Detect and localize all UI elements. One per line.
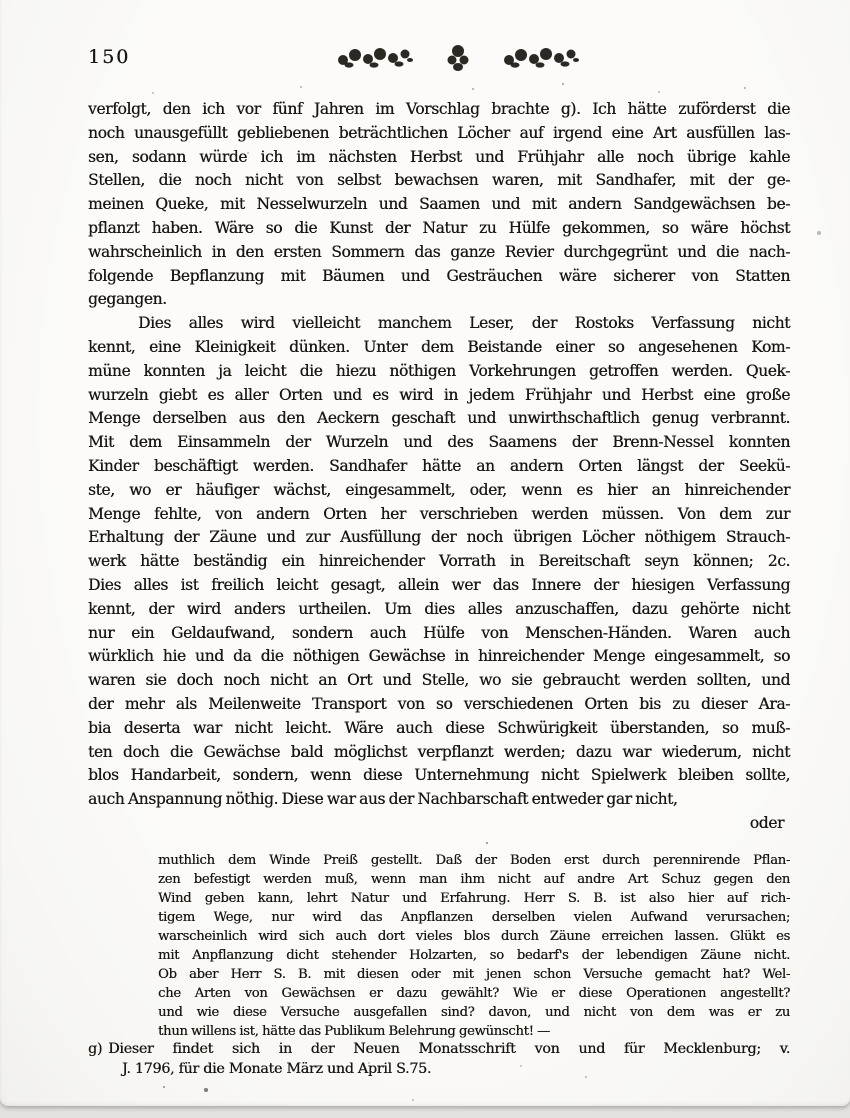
catchword: oder — [88, 812, 790, 836]
footnote-g-line1: g)Dieser findet sich in der Neuen Monats… — [88, 1040, 790, 1060]
text-line: Mit dem Einsammeln der Wurzeln und des S… — [88, 431, 790, 455]
book-page-scan: 150 — [0, 0, 850, 1106]
text-line: waren sie doch noch nicht an Ort und Ste… — [88, 669, 790, 693]
scan-noise — [0, 0, 2, 2]
text-line: kennt, eine Kleinigkeit dünken. Unter de… — [88, 336, 790, 360]
footnote-line: muthlich dem Winde Preiß gestellt. Daß d… — [158, 851, 790, 870]
footnote-line: Ob aber Herr S. B. mit diesen oder mit j… — [158, 965, 790, 984]
footnote-g-line2: J. 1796, für die Monate März und April S… — [88, 1060, 790, 1080]
text-line: sen, sodann würde ich im nächsten Herbst… — [88, 146, 790, 170]
header-ornaments — [335, 42, 581, 74]
text-line: pflanzt haben. Wäre so die Kunst der Nat… — [88, 217, 790, 241]
footnote-line: Wind geben kann, lehrt Natur und Erfahru… — [158, 889, 790, 908]
footnote-line: und wie diese Versuche ausgefallen sind?… — [158, 1003, 790, 1022]
footnote-entry-g: g)Dieser findet sich in der Neuen Monats… — [88, 1040, 790, 1079]
text-line: meinen Queke, mit Nesselwurzeln und Saam… — [88, 193, 790, 217]
text-line: verfolgt, den ich vor fünf Jahren im Vor… — [88, 98, 790, 122]
text-line: wurzeln giebt es aller Orten und es wird… — [88, 384, 790, 408]
text-line: Stellen, die noch nicht von selbst bewac… — [88, 169, 790, 193]
text-line: Menge fehlte, von andern Orten her versc… — [88, 503, 790, 527]
fleuron-left-icon — [335, 43, 415, 73]
fleuron-center-icon — [445, 42, 471, 74]
main-text-block: verfolgt, den ich vor fünf Jahren im Vor… — [88, 98, 790, 836]
paragraph-continuation: verfolgt, den ich vor fünf Jahren im Vor… — [88, 98, 790, 312]
text-line: Dies alles ist freilich leicht gesagt, a… — [88, 574, 790, 598]
text-line: noch unausgefüllt gebliebenen beträchtli… — [88, 122, 790, 146]
text-line: blos Handarbeit, sondern, wenn diese Unt… — [88, 764, 790, 788]
text-line: werk hätte beständig ein hinreichender V… — [88, 550, 790, 574]
text-line: Kinder beschäftigt werden. Sandhafer hät… — [88, 455, 790, 479]
text-line: gegangen. — [88, 288, 790, 312]
text-line: müne konnten ja leicht die hiezu nöthige… — [88, 360, 790, 384]
text-line: ten doch die Gewächse bald möglichst ver… — [88, 741, 790, 765]
text-line: kennt, der wird anders urtheilen. Um die… — [88, 598, 790, 622]
text-line: wahrscheinlich in den ersten Sommern das… — [88, 241, 790, 265]
text-line: bia deserta war nicht leicht. Wäre auch … — [88, 717, 790, 741]
footnote-line: che Arten von Gewächsen er dazu gewählt?… — [158, 984, 790, 1003]
text-line: ste, wo er häufiger wächst, eingesammelt… — [88, 479, 790, 503]
text-line: würklich hie und da die nöthigen Gewächs… — [88, 645, 790, 669]
page-number: 150 — [88, 46, 130, 68]
text-line: folgende Bepflanzung mit Bäumen und Gest… — [88, 265, 790, 289]
footnote-line: zen befestigt werden muß, wenn man ihm n… — [158, 870, 790, 889]
text-line: der mehr als Meilenweite Transport von s… — [88, 693, 790, 717]
footnote-line: mit Anpflanzung dicht stehender Holzarte… — [158, 946, 790, 965]
footnote-line: thun willens ist, hätte das Publikum Bel… — [158, 1022, 790, 1041]
text-line: Erhaltung der Zäune und zur Ausfüllung d… — [88, 526, 790, 550]
text-line: Menge derselben aus den Aeckern geschaft… — [88, 407, 790, 431]
page-header: 150 — [88, 40, 790, 82]
footnote-line: warscheinlich wird sich auch dort vieles… — [158, 927, 790, 946]
footnote-line: tigem Wege, nur wird das Anpflanzen ders… — [158, 908, 790, 927]
paragraph-dies-alles: Dies alles wird vielleicht manchem Leser… — [88, 312, 790, 812]
footnote-marker: g) — [88, 1041, 108, 1057]
text-line: auch Anspannung nöthig. Diese war aus de… — [88, 788, 790, 812]
footnote-continuation-block: muthlich dem Winde Preiß gestellt. Daß d… — [158, 851, 790, 1041]
text-line: Dies alles wird vielleicht manchem Leser… — [88, 312, 790, 336]
footnote-g-text: Dieser findet sich in der Neuen Monatssc… — [108, 1041, 790, 1057]
text-line: nur ein Geldaufwand, sondern auch Hülfe … — [88, 622, 790, 646]
fleuron-right-icon — [501, 43, 581, 73]
